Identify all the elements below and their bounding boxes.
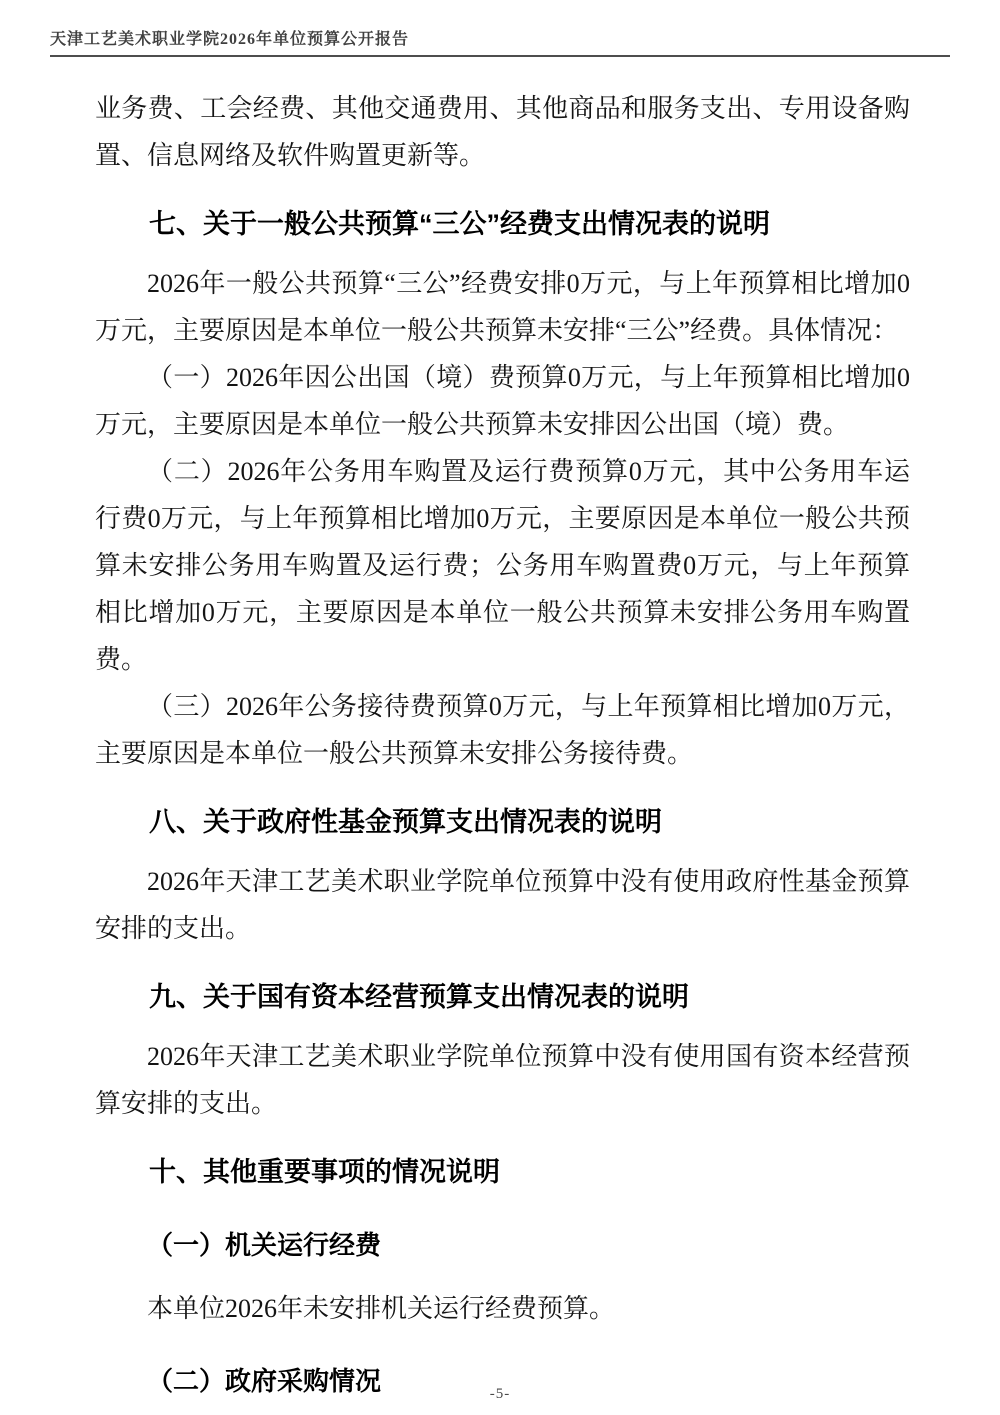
paragraph-official-vehicle-expense: （二）2026年公务用车购置及运行费预算0万元，其中公务用车运行费0万元，与上年… xyxy=(95,448,910,683)
page-number: -5- xyxy=(490,1386,511,1402)
subheading-agency-operating-funds: （一）机关运行经费 xyxy=(95,1222,910,1269)
paragraph-state-capital-budget: 2026年天津工艺美术职业学院单位预算中没有使用国有资本经营预算安排的支出。 xyxy=(95,1033,910,1127)
paragraph-continuation-expense-items: 业务费、工会经费、其他交通费用、其他商品和服务支出、专用设备购置、信息网络及软件… xyxy=(95,85,910,179)
paragraph-official-reception-expense: （三）2026年公务接待费预算0万元，与上年预算相比增加0万元，主要原因是本单位… xyxy=(95,683,910,777)
document-header-title: 天津工艺美术职业学院2026年单位预算公开报告 xyxy=(50,31,409,48)
paragraph-overseas-travel-expense: （一）2026年因公出国（境）费预算0万元，与上年预算相比增加0万元，主要原因是… xyxy=(95,354,910,448)
section-heading-9-state-capital: 九、关于国有资本经营预算支出情况表的说明 xyxy=(95,974,910,1021)
section-heading-7-three-public-funds: 七、关于一般公共预算“三公”经费支出情况表的说明 xyxy=(95,201,910,248)
page-footer: -5- xyxy=(0,1386,1000,1403)
section-heading-8-government-fund: 八、关于政府性基金预算支出情况表的说明 xyxy=(95,799,910,846)
document-body: 业务费、工会经费、其他交通费用、其他商品和服务支出、专用设备购置、信息网络及软件… xyxy=(95,85,910,1415)
paragraph-agency-operating-funds: 本单位2026年未安排机关运行经费预算。 xyxy=(95,1285,910,1332)
section-heading-10-other-matters: 十、其他重要事项的情况说明 xyxy=(95,1149,910,1196)
page-header: 天津工艺美术职业学院2026年单位预算公开报告 xyxy=(50,26,950,57)
paragraph-government-fund-budget: 2026年天津工艺美术职业学院单位预算中没有使用政府性基金预算安排的支出。 xyxy=(95,858,910,952)
paragraph-three-public-overview: 2026年一般公共预算“三公”经费安排0万元，与上年预算相比增加0万元，主要原因… xyxy=(95,260,910,354)
